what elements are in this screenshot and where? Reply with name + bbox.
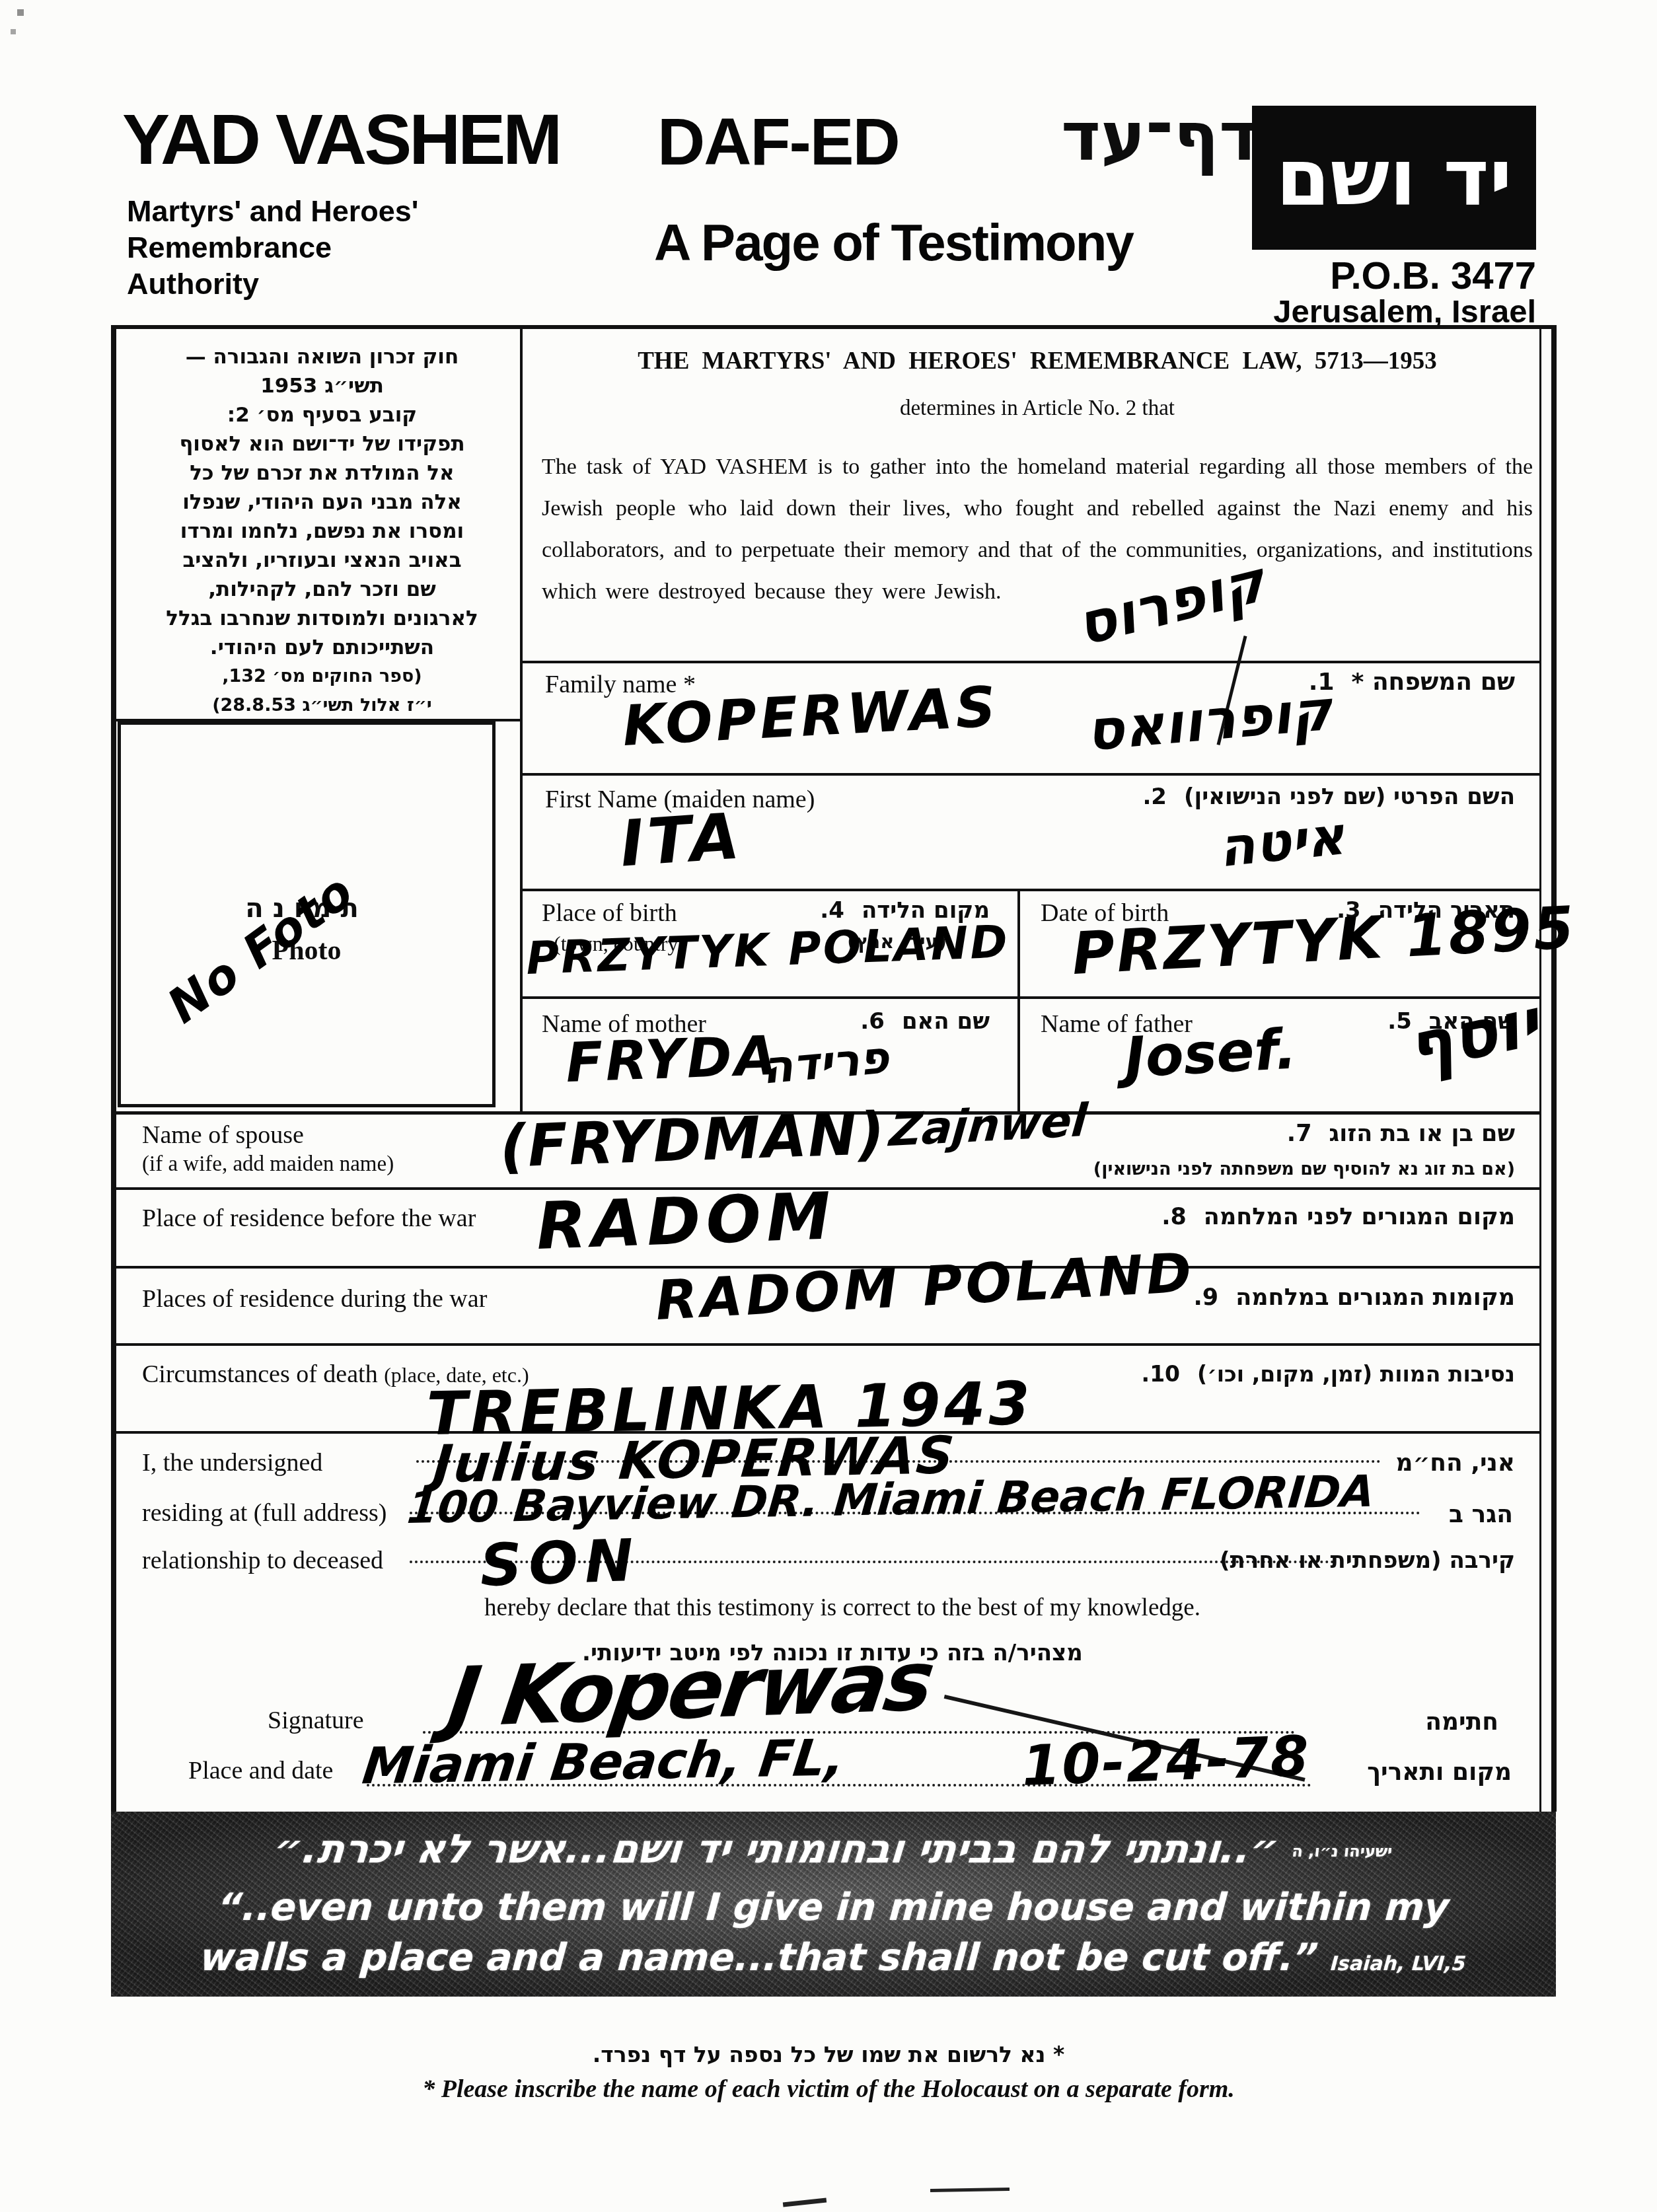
field5-value: Josef. bbox=[1123, 1016, 1298, 1089]
banner-english-line1: “..even unto them will I give in mine ho… bbox=[110, 1886, 1558, 1929]
signature-scrawl: J Koperwas bbox=[443, 1634, 938, 1746]
place-date-label: Place and date bbox=[188, 1756, 333, 1785]
field7-label-he-text: שם בן או בת הזוג bbox=[1329, 1121, 1515, 1147]
field7-number: .7 bbox=[1287, 1121, 1312, 1147]
field6-number: .6 bbox=[860, 1008, 885, 1035]
law-he-line: אלה מבני העם היהודי, שנפלו bbox=[135, 488, 509, 517]
law-he-line: השתייכותם לעם היהודי. bbox=[135, 633, 509, 662]
field8-label-en: Place of residence before the war bbox=[142, 1204, 476, 1233]
photo-box: תמונה Photo No Foto bbox=[118, 721, 496, 1107]
signature-label-he: חתימה bbox=[1425, 1709, 1498, 1736]
page-of-testimony-scan: YAD VASHEM Martyrs' and Heroes' Remembra… bbox=[0, 0, 1657, 2212]
undersigned-label-he: אני, הח״מ bbox=[1396, 1450, 1515, 1477]
org-subtitle-line2: Remembrance bbox=[127, 229, 419, 266]
relationship-value: SON bbox=[479, 1526, 641, 1600]
field10-label-en-main: Circumstances of death bbox=[142, 1360, 378, 1388]
field6-label-he: .6 שם האם bbox=[860, 1008, 990, 1035]
footnote-english: * Please inscribe the name of each victi… bbox=[168, 2075, 1489, 2104]
form-right-outer-border bbox=[1551, 325, 1557, 1812]
page-title: A Page of Testimony bbox=[654, 213, 1133, 273]
logo-hebrew-text: יד ושם bbox=[1276, 132, 1512, 223]
field7-label-en2: (if a wife, add maiden name) bbox=[142, 1152, 394, 1177]
yad-vashem-logo: יד ושם bbox=[1252, 106, 1536, 250]
row8-line bbox=[116, 1343, 1539, 1346]
scan-speck bbox=[930, 2188, 1010, 2192]
field6-value: FRYDA bbox=[565, 1025, 780, 1095]
row3-line bbox=[521, 889, 1539, 891]
law-he-line: חוק זכרון השואה והגבורה — bbox=[135, 342, 509, 371]
field2-label-he-text: השם הפרטי (שם לפני הנישואין) bbox=[1184, 784, 1515, 810]
residing-label-he: הגר ב bbox=[1449, 1501, 1513, 1528]
field10-label-he-text: נסיבות המוות (זמן, מקום, וכו׳) bbox=[1197, 1361, 1515, 1387]
law-he-line: לארגונים ולמוסדות שנחרבו בגלל bbox=[135, 604, 509, 633]
banner-english-quote-text: walls a place and a name...that shall no… bbox=[199, 1936, 1319, 1979]
daf-ed-hebrew-title: דף־עד bbox=[1031, 98, 1259, 176]
law-he-line: (ספר החוקים מס׳ 132, bbox=[135, 662, 509, 691]
law-text-hebrew: חוק זכרון השואה והגבורה — תשי״ג 1953 קוב… bbox=[135, 342, 509, 720]
sidebar-divider bbox=[520, 325, 523, 1113]
field8-value: RADOM bbox=[535, 1179, 837, 1265]
field8-label-he: .8 מקום המגורים לפני המלחמה bbox=[1161, 1204, 1515, 1230]
place-date-value: Miami Beach, FL, bbox=[359, 1728, 848, 1795]
law-he-line: תפקידו של יד־ושם הוא לאסוף bbox=[135, 429, 509, 459]
isaiah-quote-banner: ישעיהו נ״ו, ה ״..ונתתי להם בביתי ובחומות… bbox=[111, 1812, 1556, 1997]
law-title-english: THE MARTYRS' AND HEROES' REMEMBRANCE LAW… bbox=[542, 347, 1533, 375]
birth-cell-divider bbox=[1017, 889, 1020, 1113]
law-he-line: אל המולדת את זכרם של כל bbox=[135, 459, 509, 488]
banner-hebrew-ref: ישעיהו נ״ו, ה bbox=[1291, 1842, 1393, 1861]
footnote-hebrew: * נא לרשום את שמו של כל נספה על דף נפרד. bbox=[168, 2042, 1489, 2067]
date-value: 10-24-78 bbox=[1021, 1724, 1311, 1798]
row4-line bbox=[521, 996, 1539, 999]
field1-label-he-text: שם המשפחה * bbox=[1352, 669, 1515, 696]
law-he-line: שם וזכר להם, לקהילות, bbox=[135, 575, 509, 604]
field10-label-he: .10 נסיבות המוות (זמן, מקום, וכו׳) bbox=[1142, 1361, 1515, 1387]
law-he-line: באויב הנאצי ובעוזריו, ולהציב bbox=[135, 546, 509, 575]
field2-value: ITA bbox=[618, 799, 745, 881]
banner-english-ref: Isaiah, LVI,5 bbox=[1330, 1952, 1467, 1975]
field8-label-he-text: מקום המגורים לפני המלחמה bbox=[1204, 1204, 1515, 1230]
field7-label-en: Name of spouse bbox=[142, 1121, 304, 1150]
form-right-inner-border bbox=[1539, 325, 1541, 1812]
law-body-english: The task of YAD VASHEM is to gather into… bbox=[542, 446, 1533, 612]
signature-label: Signature bbox=[268, 1706, 364, 1735]
org-title: YAD VASHEM bbox=[122, 98, 560, 180]
field1-label-he: .1 שם המשפחה * bbox=[1309, 669, 1515, 696]
place-date-label-he: מקום ותאריך bbox=[1367, 1759, 1512, 1786]
org-subtitle: Martyrs' and Heroes' Remembrance Authori… bbox=[127, 193, 419, 302]
row2-line bbox=[521, 773, 1539, 776]
banner-english-line2: walls a place and a name...that shall no… bbox=[110, 1936, 1558, 1979]
scan-speck bbox=[17, 9, 24, 16]
field10-number: .10 bbox=[1142, 1361, 1180, 1387]
field9-number: .9 bbox=[1194, 1284, 1219, 1311]
law-he-line: קובע בסעיף מס׳ 2: bbox=[135, 400, 509, 429]
field2-value-hebrew: איטה bbox=[1216, 805, 1348, 879]
law-he-line: ומסרו את נפשם, נלחמו ומרדו bbox=[135, 517, 509, 546]
field4-label-en: Place of birth bbox=[542, 899, 677, 928]
field7-value2: Zajnwel bbox=[887, 1094, 1089, 1157]
relationship-label: relationship to deceased bbox=[142, 1546, 383, 1575]
field1-value-hebrew: קופרוואס bbox=[1084, 678, 1335, 764]
relationship-label-he: קירבה (משפחתית או אחרת) bbox=[1220, 1547, 1515, 1574]
field6-value-hebrew: פרידה bbox=[760, 1031, 891, 1094]
form-left-border bbox=[111, 325, 116, 1812]
field2-number: .2 bbox=[1142, 784, 1167, 810]
daf-ed-title: DAF-ED bbox=[657, 104, 899, 180]
field7-label-he2: (אם בת זוג נא להוסיף שם משפחתה לפני הניש… bbox=[1093, 1159, 1515, 1179]
undersigned-label: I, the undersigned bbox=[142, 1448, 322, 1477]
banner-hebrew-quote: ישעיהו נ״ו, ה ״..ונתתי להם בביתי ובחומות… bbox=[108, 1826, 1558, 1872]
row1-line bbox=[521, 661, 1539, 663]
residing-label: residing at (full address) bbox=[142, 1498, 387, 1528]
banner-hebrew-quote-text: ״..ונתתי להם בביתי ובחומותי יד ושם...אשר… bbox=[272, 1826, 1281, 1872]
field7-label-he: .7 שם בן או בת הזוג bbox=[1287, 1121, 1515, 1147]
field9-label-he: .9 מקומות המגורים במלחמה bbox=[1194, 1284, 1515, 1311]
field9-label-he-text: מקומות המגורים במלחמה bbox=[1235, 1284, 1515, 1311]
law-he-line: י״ז אלול תשי״ג 28.8.53) bbox=[135, 691, 509, 720]
field8-number: .8 bbox=[1161, 1204, 1187, 1230]
field6-label-he-text: שם האם bbox=[902, 1008, 990, 1035]
pob-line: P.O.B. 3477 bbox=[1252, 254, 1536, 298]
form-top-border bbox=[111, 325, 1557, 329]
field4-number: .4 bbox=[820, 897, 844, 924]
field7-value: (FRYDMAN) bbox=[499, 1099, 887, 1181]
law-subtitle-english: determines in Article No. 2 that bbox=[542, 396, 1533, 421]
field9-label-en: Places of residence during the war bbox=[142, 1284, 487, 1313]
org-subtitle-line1: Martyrs' and Heroes' bbox=[127, 193, 419, 229]
declare-line-en: hereby declare that this testimony is co… bbox=[251, 1594, 1434, 1622]
scan-speck bbox=[11, 29, 16, 34]
scan-speck bbox=[783, 2198, 827, 2207]
org-subtitle-line3: Authority bbox=[127, 266, 419, 302]
law-he-line: תשי״ג 1953 bbox=[135, 371, 509, 400]
